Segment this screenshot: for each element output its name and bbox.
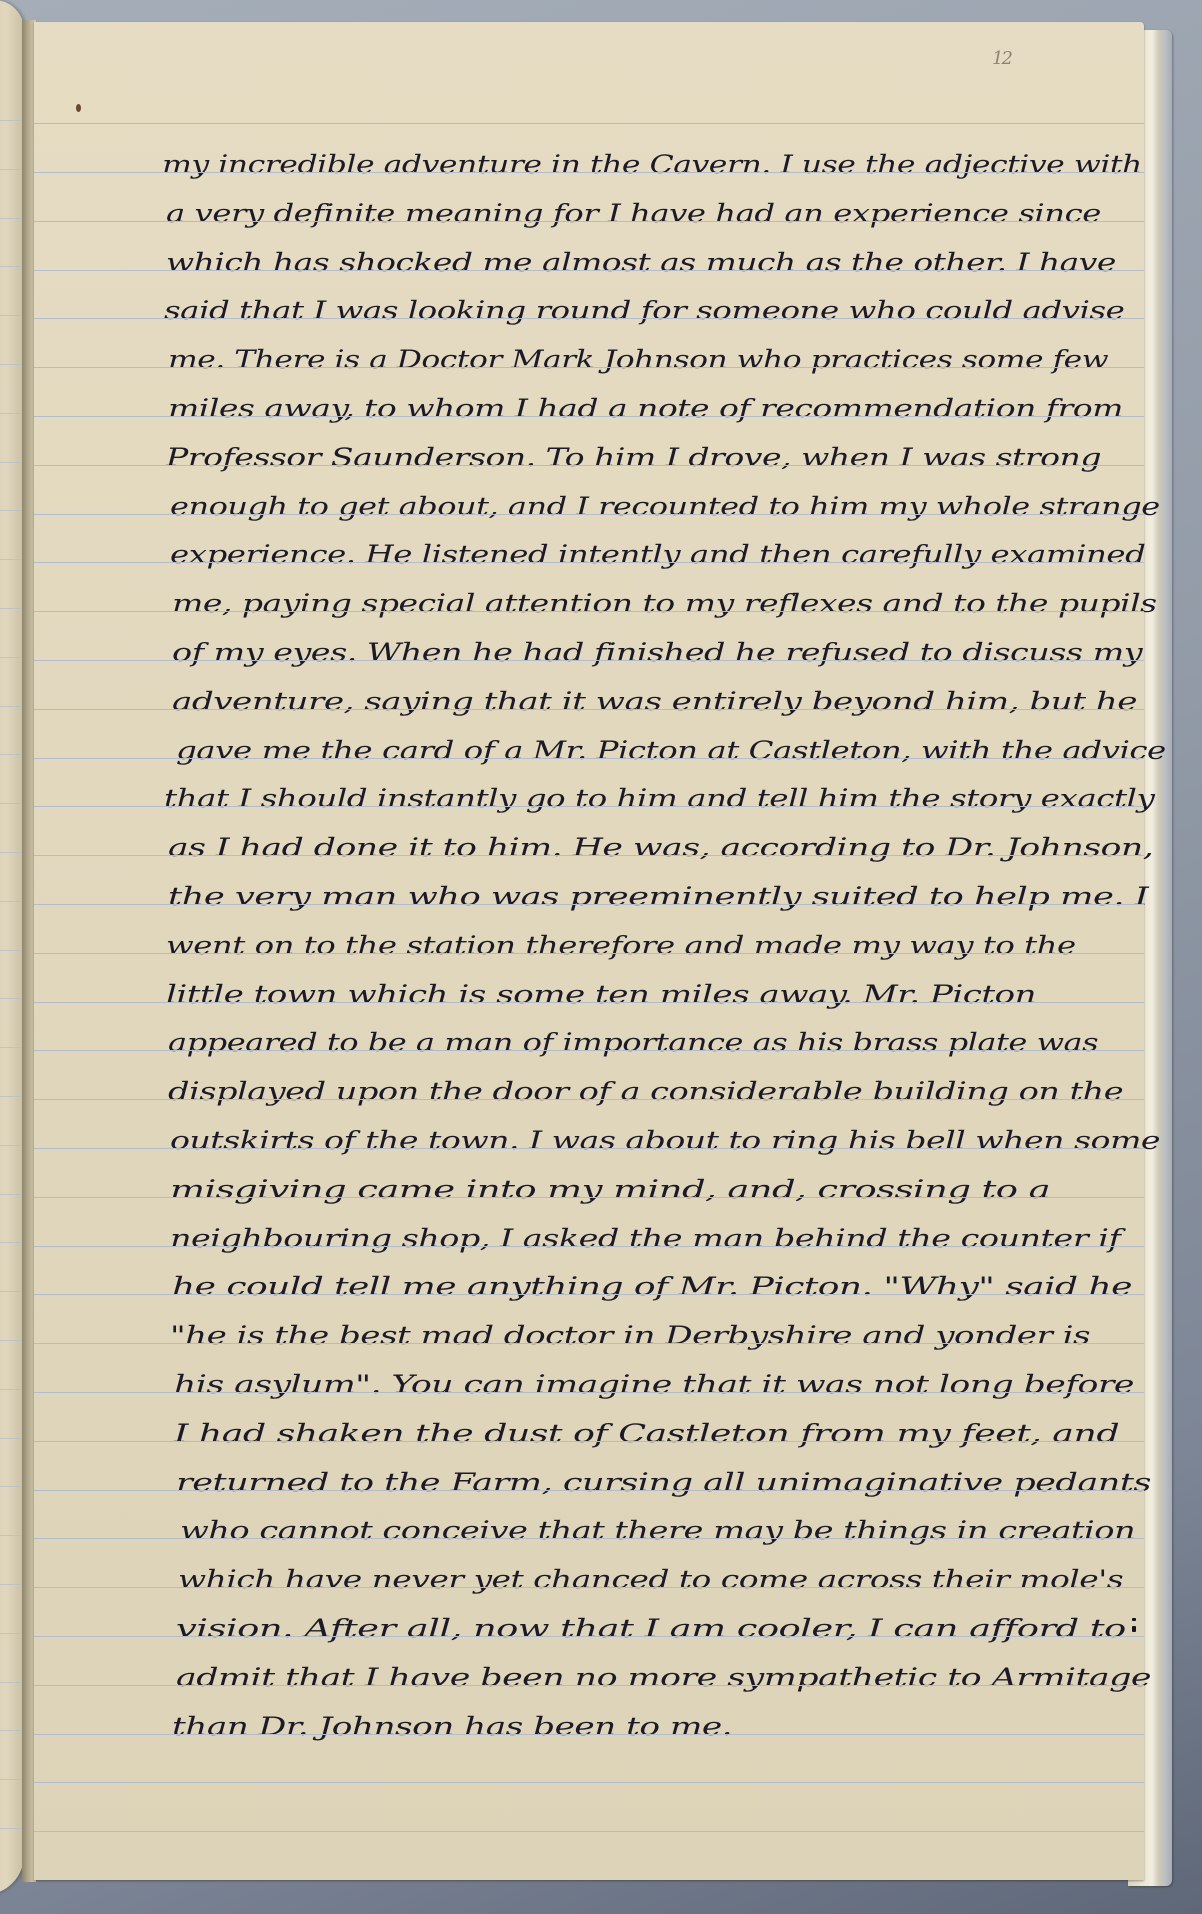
facing-page-ruling [0, 657, 24, 658]
ruling-line [34, 1197, 1144, 1198]
facing-page-ruling [0, 1486, 24, 1487]
margin-mark [1132, 1618, 1136, 1621]
facing-page-ruling [0, 1682, 24, 1683]
facing-page-ruling [0, 120, 24, 121]
facing-page-ruling [0, 1730, 24, 1731]
facing-page-ruling [0, 1047, 24, 1048]
ruling-line [34, 1392, 1144, 1393]
handwritten-line: which have never yet chanced to come acr… [178, 1567, 1123, 1592]
paper-blemish [76, 104, 81, 112]
handwritten-line: of my eyes. When he had finished he refu… [172, 640, 1142, 665]
ruling-line [34, 1782, 1144, 1783]
facing-page-ruling [0, 950, 24, 951]
ruling-line [34, 1294, 1144, 1295]
handwritten-line: experience. He listened intently and the… [170, 542, 1145, 567]
facing-page-ruling [0, 315, 24, 316]
handwritten-line: outskirts of the town. I was about to ri… [170, 1128, 1160, 1153]
facing-page-ruling [0, 706, 24, 707]
facing-page-ruling [0, 1584, 24, 1585]
ruling-line [34, 758, 1144, 759]
facing-page-ruling [0, 1779, 24, 1780]
handwritten-line: as I had done it to him. He was, accordi… [168, 835, 1153, 860]
facing-page-ruling [0, 803, 24, 804]
ruling-line [34, 1490, 1144, 1491]
facing-page-ruling [0, 1438, 24, 1439]
facing-page-ruling [0, 413, 24, 414]
handwritten-line: appeared to be a man of importance as hi… [168, 1030, 1098, 1055]
ruling-line [34, 1246, 1144, 1247]
handwritten-line: his asylum". You can imagine that it was… [174, 1372, 1134, 1397]
page-number: 12 [992, 48, 1011, 69]
ruling-line [34, 172, 1144, 173]
ruling-line [34, 465, 1144, 466]
ruling-line [34, 1050, 1144, 1051]
ruling-line [34, 416, 1144, 417]
handwritten-line: my incredible adventure in the Cavern. I… [162, 152, 1142, 177]
ruling-line [34, 660, 1144, 661]
handwritten-line: went on to the station therefore and mad… [166, 933, 1076, 958]
facing-page-ruling [0, 1194, 24, 1195]
handwritten-line: vision. After all, now that I am cooler,… [176, 1616, 1126, 1641]
facing-page-ruling [0, 1340, 24, 1341]
ruling-line [34, 904, 1144, 905]
handwritten-line: gave me the card of a Mr. Picton at Cast… [176, 738, 1166, 763]
ruling-line [34, 1538, 1144, 1539]
ruling-line [34, 1685, 1144, 1686]
ruling-line [34, 1587, 1144, 1588]
handwritten-line: displayed upon the door of a considerabl… [168, 1079, 1123, 1104]
facing-page-ruling [0, 901, 24, 902]
facing-page-ruling [0, 1535, 24, 1536]
handwritten-line: me. There is a Doctor Mark Johnson who p… [168, 347, 1108, 372]
handwritten-line: Professor Saunderson. To him I drove, wh… [166, 445, 1101, 470]
handwritten-line: the very man who was preeminently suited… [168, 884, 1148, 909]
handwritten-line: misgiving came into my mind, and, crossi… [170, 1177, 1050, 1202]
facing-page-ruling [0, 1389, 24, 1390]
handwritten-line: which has shocked me almost as much as t… [166, 250, 1116, 275]
facing-page-ruling [0, 998, 24, 999]
handwritten-line: than Dr. Johnson has been to me. [172, 1714, 732, 1739]
ruling-line [34, 318, 1144, 319]
ruling-line [34, 709, 1144, 710]
ruling-line [34, 1002, 1144, 1003]
ruling-line [34, 123, 1144, 124]
ruling-line [34, 270, 1144, 271]
ruling-line [34, 1099, 1144, 1100]
facing-page-ruling [0, 169, 24, 170]
handwritten-line: said that I was looking round for someon… [164, 298, 1124, 323]
facing-page-ruling [0, 559, 24, 560]
margin-mark [1132, 1626, 1136, 1632]
ruling-line [34, 1734, 1144, 1735]
ruling-line [34, 855, 1144, 856]
facing-page-edge [0, 0, 24, 1895]
facing-page-ruling [0, 510, 24, 511]
facing-page-ruling [0, 608, 24, 609]
facing-page-ruling [0, 364, 24, 365]
facing-page-ruling [0, 1828, 24, 1829]
ruling-line [34, 611, 1144, 612]
ruling-line [34, 1148, 1144, 1149]
facing-page-ruling [0, 852, 24, 853]
handwritten-line: little town which is some ten miles away… [166, 982, 1036, 1007]
ruling-line [34, 1441, 1144, 1442]
facing-page-ruling [0, 1291, 24, 1292]
handwritten-line: me, paying special attention to my refle… [172, 591, 1157, 616]
handwritten-line: adventure, saying that it was entirely b… [172, 689, 1137, 714]
handwritten-line: neighbouring shop, I asked the man behin… [170, 1226, 1120, 1251]
handwritten-line: admit that I have been no more sympathet… [176, 1665, 1151, 1690]
handwritten-line: a very definite meaning for I have had a… [166, 201, 1101, 226]
ruling-line [34, 1831, 1144, 1832]
handwritten-line: enough to get about, and I recounted to … [170, 494, 1160, 519]
ruling-line [34, 1343, 1144, 1344]
handwritten-line: who cannot conceive that there may be th… [180, 1518, 1135, 1543]
ruling-line [34, 806, 1144, 807]
handwritten-line: "he is the best mad doctor in Derbyshire… [170, 1323, 1090, 1348]
handwritten-line: miles away, to whom I had a note of reco… [168, 396, 1123, 421]
handwritten-line: I had shaken the dust of Castleton from … [174, 1421, 1119, 1446]
facing-page-ruling [0, 218, 24, 219]
manuscript-page: 12 my incredible adventure in the Cavern… [34, 22, 1144, 1880]
facing-page-ruling [0, 754, 24, 755]
facing-page-ruling [0, 1633, 24, 1634]
facing-page-ruling [0, 266, 24, 267]
ruling-line [34, 221, 1144, 222]
handwritten-line: he could tell me anything of Mr. Picton.… [172, 1274, 1132, 1299]
ruling-line [34, 1636, 1144, 1637]
ruling-line [34, 953, 1144, 954]
facing-page-ruling [0, 1145, 24, 1146]
ruling-line [34, 367, 1144, 368]
facing-page-ruling [0, 1096, 24, 1097]
handwritten-line: returned to the Farm, cursing all unimag… [176, 1470, 1151, 1495]
facing-page-ruling [0, 1242, 24, 1243]
ruling-line [34, 514, 1144, 515]
ruling-line [34, 562, 1144, 563]
facing-page-ruling [0, 462, 24, 463]
handwritten-line: that I should instantly go to him and te… [164, 786, 1154, 811]
